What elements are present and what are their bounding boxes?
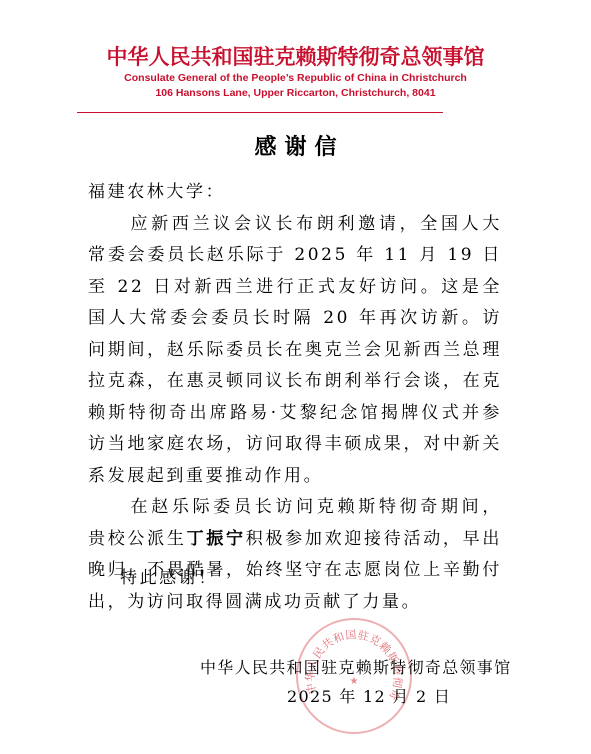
salutation: 福建农林大学： [88, 177, 502, 209]
letter-title: 感谢信 [0, 133, 591, 163]
letterhead-org-name-en: Consulate General of the People’s Republ… [0, 71, 591, 85]
paragraph-1: 应新西兰议会议长布朗利邀请，全国人大常委会委员长赵乐际于 2025 年 11 月… [88, 209, 502, 493]
signature-organization: 中华人民共和国驻克赖斯特彻奇总领事馆 [200, 655, 500, 681]
letterhead-address: 106 Hansons Lane, Upper Riccarton, Chris… [0, 86, 591, 100]
signature-date: 2025 年 12 月 2 日 [287, 684, 451, 710]
closing-line: 特此感谢！ [120, 563, 218, 593]
letterhead-org-name-cn: 中华人民共和国驻克赖斯特彻奇总领事馆 [0, 44, 591, 70]
student-name: 丁振宁 [187, 529, 246, 549]
letterhead-divider [77, 112, 443, 113]
letter-body: 福建农林大学： 应新西兰议会议长布朗利邀请，全国人大常委会委员长赵乐际于 202… [88, 177, 502, 618]
letter-page: 中华人民共和国驻克赖斯特彻奇总领事馆 Consulate General of … [0, 0, 591, 754]
paragraph-2: 在赵乐际委员长访问克赖斯特彻奇期间，贵校公派生丁振宁积极参加欢迎接待活动，早出晚… [88, 492, 502, 618]
